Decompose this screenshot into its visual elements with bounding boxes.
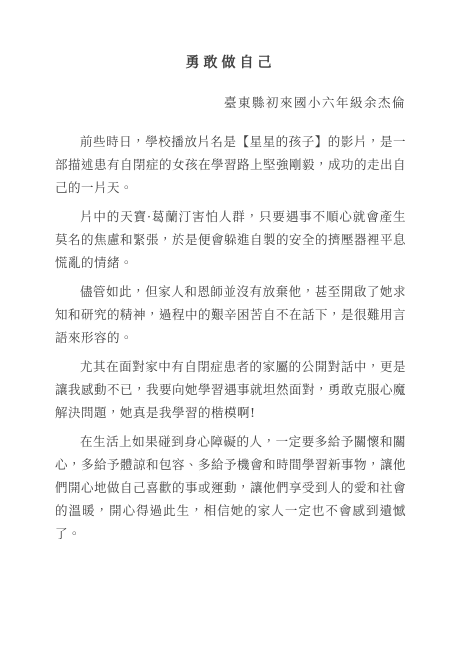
author-byline: 臺東縣初來國小六年級余杰倫 (55, 95, 406, 111)
paragraph-5: 在生活上如果碰到身心障礙的人，一定要多給予關懷和關心，多給予體諒和包容、多給予機… (55, 430, 406, 545)
document-page: 勇敢做自己 臺東縣初來國小六年級余杰倫 前些時日，學校播放片名是【星星的孩子】的… (0, 0, 458, 648)
paragraph-4: 尤其在面對家中有自閉症患者的家屬的公開對話中，更是讓我感動不已，我要向她學習遇事… (55, 355, 406, 424)
essay-title: 勇敢做自己 (55, 55, 406, 71)
essay-body: 前些時日，學校播放片名是【星星的孩子】的影片，是一部描述患有自閉症的女孩在學習路… (55, 130, 406, 545)
paragraph-3: 儘管如此，但家人和恩師並沒有放棄他，甚至開啟了她求知和研究的精神，過程中的艱辛困… (55, 280, 406, 349)
paragraph-1: 前些時日，學校播放片名是【星星的孩子】的影片，是一部描述患有自閉症的女孩在學習路… (55, 130, 406, 199)
paragraph-2: 片中的天寶·葛蘭汀害怕人群，只要遇事不順心就會產生莫名的焦慮和緊張，於是便會躲進… (55, 205, 406, 274)
